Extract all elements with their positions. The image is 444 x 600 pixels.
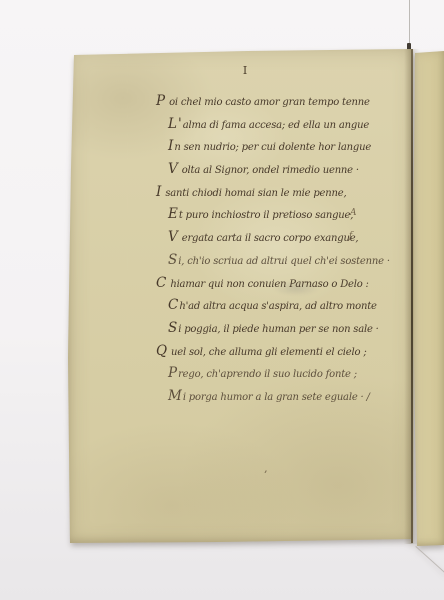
poem-line: Si poggia, il piede human per se non sal… [68, 317, 414, 340]
poem-line: L'alma di fama accesa; ed ella un angue [68, 113, 414, 136]
manuscript-page: I P oi chel mio casto amor gran tempo te… [68, 48, 414, 545]
folio-number: I [238, 64, 252, 77]
stray-ink-mark: ’ [264, 470, 267, 481]
poem-line: In sen nudrio; per cui dolente hor langu… [68, 135, 414, 158]
poem-line: Ch'ad altra acqua s'aspira, ad altro mon… [68, 294, 414, 317]
poem-line: Si, ch'io scriua ad altrui quel ch'ei so… [68, 249, 414, 272]
poem-line: I santi chiodi homai sian le mie penne, [68, 181, 414, 204]
poem-line: C hiamar qui non conuien Parnaso o Delo … [68, 272, 414, 295]
sonnet-text: P oi chel mio casto amor gran tempo tenn… [68, 90, 414, 408]
poem-line: V olta al Signor, ondel rimedio uenne · [68, 158, 414, 181]
poem-line: Prego, ch'aprendo il suo lucido fonte ; [68, 362, 414, 385]
poem-line: Mi porga humor a la gran sete eguale · / [68, 385, 414, 408]
page-fold-line [411, 49, 413, 543]
marginal-annotation-mark: A [350, 208, 357, 218]
poem-line: V ergata carta il sacro corpo exangue, [68, 226, 414, 249]
marginal-annotation-mark: f [349, 231, 352, 241]
open-book: I P oi chel mio casto amor gran tempo te… [0, 0, 444, 600]
poem-line: Q uel sol, che alluma gli elementi el ci… [68, 340, 414, 363]
photograph-background: I P oi chel mio casto amor gran tempo te… [0, 0, 444, 600]
poem-line: P oi chel mio casto amor gran tempo tenn… [68, 90, 414, 113]
poem-line: Et puro inchiostro il pretioso sangue, [68, 203, 414, 226]
underlying-page-edge [415, 546, 444, 574]
